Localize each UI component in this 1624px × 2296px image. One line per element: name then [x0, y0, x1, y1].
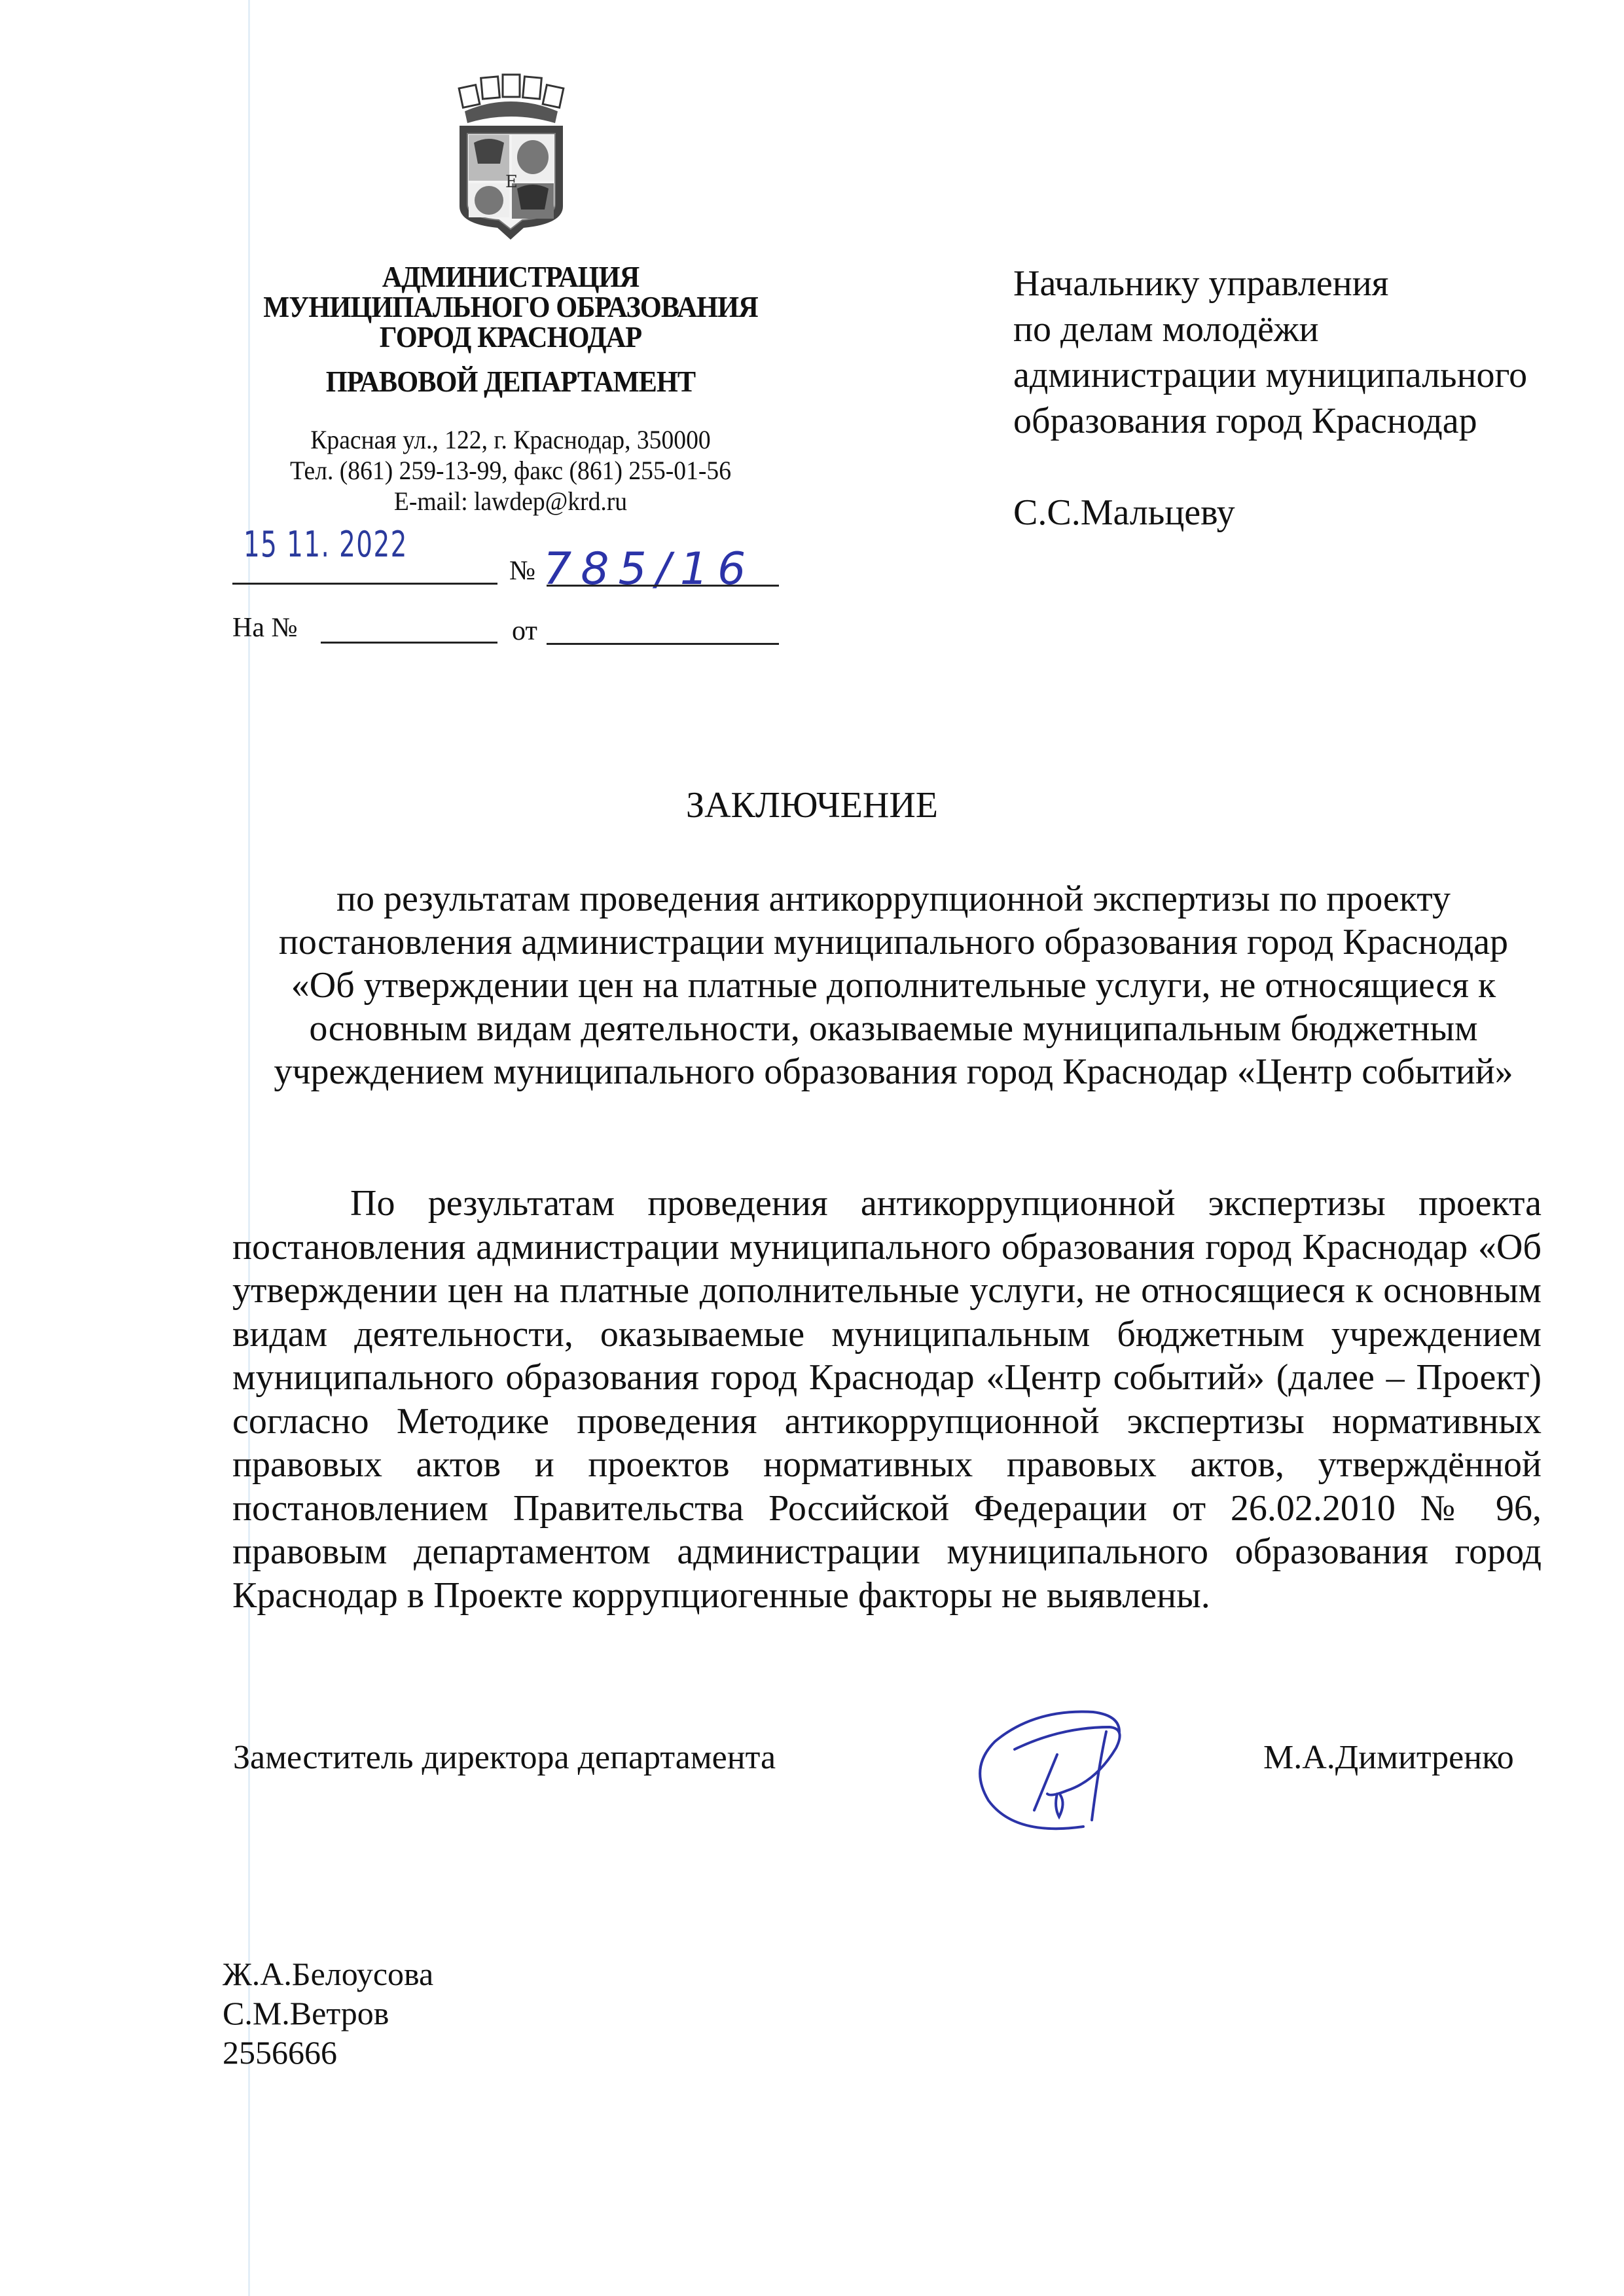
executor-phone: 2556666 [223, 2033, 433, 2072]
addressee-line: Начальнику управления [1013, 261, 1527, 306]
coat-of-arms-icon: Е [452, 72, 569, 242]
addressee-line: по делам молодёжи [1013, 306, 1527, 352]
from-field [547, 643, 779, 645]
org-name-line: АДМИНИСТРАЦИЯ [245, 262, 776, 292]
addressee-line: образования город Краснодар [1013, 398, 1527, 444]
org-name-line: ГОРОД КРАСНОДАР [245, 322, 776, 352]
handwritten-signature-icon [943, 1696, 1139, 1866]
handwritten-number: 785/16 [543, 543, 755, 595]
number-label: № [509, 555, 535, 587]
addressee-line: администрации муниципального [1013, 352, 1527, 398]
subtitle-line: по результатам проведения антикоррупцион… [236, 877, 1551, 920]
body-paragraph: По результатам проведения антикоррупцион… [232, 1182, 1542, 1617]
subtitle-line: постановления администрации муниципально… [236, 920, 1551, 964]
org-name-line: МУНИЦИПАЛЬНОГО ОБРАЗОВАНИЯ [245, 292, 776, 322]
date-stamp: 15 11. 2022 [244, 524, 408, 565]
department-name: ПРАВОВОЙ ДЕПАРТАМЕНТ [245, 367, 776, 397]
contacts: Красная ул., 122, г. Краснодар, 350000 Т… [240, 424, 781, 517]
email: E-mail: lawdep@krd.ru [240, 486, 781, 517]
subtitle-line: основным видам деятельности, оказываемые… [236, 1007, 1551, 1050]
addressee-name: С.С.Мальцеву [1013, 490, 1527, 536]
subtitle-line: учреждением муниципального образования г… [236, 1050, 1551, 1093]
signatory-position: Заместитель директора департамента [233, 1738, 776, 1777]
executors-block: Ж.А.Белоусова С.М.Ветров 2556666 [223, 1954, 433, 2072]
document-title: ЗАКЛЮЧЕНИЕ [0, 784, 1624, 826]
signatory-name: М.А.Димитренко [1263, 1738, 1514, 1777]
phone-fax: Тел. (861) 259-13-99, факс (861) 255-01-… [240, 455, 781, 486]
date-underline [232, 583, 497, 585]
reply-to-field [321, 642, 497, 644]
address: Красная ул., 122, г. Краснодар, 350000 [240, 424, 781, 455]
reply-to-label: На № [232, 612, 298, 644]
number-underline [547, 585, 779, 587]
executor-name: Ж.А.Белоусова [223, 1954, 433, 1994]
document-subtitle: по результатам проведения антикоррупцион… [236, 877, 1551, 1093]
letterhead: Е АДМИНИСТРАЦИЯ МУНИЦИПАЛЬНОГО ОБРАЗОВАН… [223, 72, 799, 517]
svg-text:Е: Е [505, 172, 518, 192]
addressee-block: Начальнику управления по делам молодёжи … [1013, 261, 1527, 536]
executor-name: С.М.Ветров [223, 1994, 433, 2033]
subtitle-line: «Об утверждении цен на платные дополните… [236, 964, 1551, 1007]
from-label: от [512, 615, 537, 647]
org-name: АДМИНИСТРАЦИЯ МУНИЦИПАЛЬНОГО ОБРАЗОВАНИЯ… [245, 262, 776, 352]
